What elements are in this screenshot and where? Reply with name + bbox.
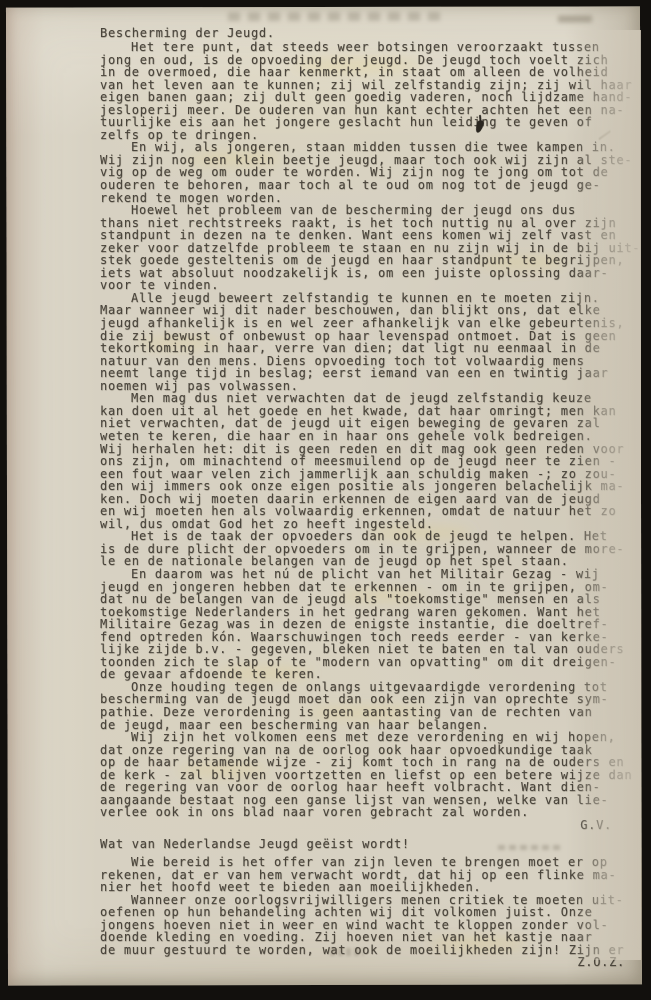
text-line: oefenen op hun behandeling achten wij di… [100, 906, 630, 919]
paragraph: Hoewel het probleem van de bescherming d… [100, 204, 630, 292]
text-line: ouderen te behoren, maar toch al te oud … [100, 179, 630, 192]
page-title: Bescherming der Jeugd. [100, 26, 275, 40]
text-line: dat nu de belangen van de jeugd als "toe… [100, 593, 630, 606]
section-bescherming: Het tere punt, dat steeds weer botsingen… [100, 41, 630, 831]
text-line: weten te keren, die haar en in haar ons … [100, 430, 630, 443]
paragraph: En daarom was het nú de plicht van het M… [100, 568, 630, 681]
text-line: Militaire Gezag was in dezen de enigste … [100, 618, 630, 631]
text-line: Hoewel het probleem van de bescherming d… [100, 204, 630, 217]
paragraph: Onze houding tegen de onlangs uitgevaard… [100, 681, 630, 731]
text-line: Het is de taak der opvoeders dan ook de … [100, 530, 630, 543]
text-line: Wij zijn het volkomen eens met deze vero… [100, 731, 630, 744]
text-line: doende kleding en voeding. Zij hoeven ni… [100, 931, 630, 944]
text-line: en wij moeten hen als volwaardig erkenne… [100, 505, 630, 518]
ink-smudge [498, 845, 564, 850]
text-line: lijke zijde b.v. - gegeven, bleken niet … [100, 643, 630, 656]
text-line: eigen banen gaan; zij dult geen goedig v… [100, 91, 630, 104]
text-line: verlee ook in ons blad naar voren gebrac… [100, 806, 630, 819]
text-line: Men mag dus niet verwachten dat de jeugd… [100, 392, 630, 405]
text-line: Het tere punt, dat steeds weer botsingen… [100, 41, 630, 54]
text-line: op de haar betamende wijze - zij komt to… [100, 756, 630, 769]
paragraph: Het tere punt, dat steeds weer botsingen… [100, 41, 630, 141]
text-line: de regering van voor de oorlog haar heef… [100, 781, 630, 794]
text-line: standpunt in dezen na te denken. Want ee… [100, 229, 630, 242]
pencil-smudge [330, 948, 364, 956]
text-line: Wie bereid is het offer van zijn leven t… [100, 856, 630, 869]
paragraph: En wij, als jongeren, staan midden tusse… [100, 141, 630, 204]
section-body: Wie bereid is het offer van zijn leven t… [100, 856, 630, 956]
text-line: jeugd afhankelijk is en wel zeer afhanke… [100, 317, 630, 330]
turn-over-note: Z.O.Z. [100, 956, 630, 969]
author-initials: G.V. [100, 819, 630, 832]
paragraph: Men mag dus niet verwachten dat de jeugd… [100, 392, 630, 530]
text-line: neemt lange tijd in beslag; eerst iemand… [100, 367, 630, 380]
paragraph: Wie bereid is het offer van zijn leven t… [100, 856, 630, 894]
paragraph: Het is de taak der opvoeders dan ook de … [100, 530, 630, 568]
document-body: Het tere punt, dat steeds weer botsingen… [100, 41, 630, 969]
ink-bleed-through-small [558, 15, 592, 22]
text-line: tekortkoming in haar, verre van dien; da… [100, 342, 630, 355]
text-line: de gevaar afdoende te keren. [100, 668, 630, 681]
text-line: En daarom was het nú de plicht van het M… [100, 568, 630, 581]
text-line: stek goede gesteltenis om de jeugd en ha… [100, 254, 630, 267]
paragraph: Wij zijn het volkomen eens met deze vero… [100, 731, 630, 819]
paragraph: Alle jeugd beweert zelfstandig te kunnen… [100, 292, 630, 392]
text-line: ons zijn, om minachtend of meesmuilend o… [100, 455, 630, 468]
section-wat-geeist: Wat van Nederlandse Jeugd geëist wordt! … [100, 838, 630, 968]
scanned-document: { "document": { "section1": { "title": "… [0, 0, 651, 1000]
text-line: pathie. Deze verordening is geen aantast… [100, 706, 630, 719]
text-line: tuurlijke eis aan het jongere geslacht h… [100, 116, 630, 129]
paragraph: Wanneer onze oorlogsvrijwilligers menen … [100, 894, 630, 957]
text-line: den wij immers ook onze eigen positie al… [100, 480, 630, 493]
text-line: nier het hoofd weet te bieden aan moeili… [100, 881, 630, 894]
ink-bleed-through [228, 12, 440, 21]
text-line: in de overmoed, die haar kenmerkt, in st… [100, 66, 630, 79]
text-line: de muur gestuurd te worden, wat ook de m… [100, 944, 630, 957]
